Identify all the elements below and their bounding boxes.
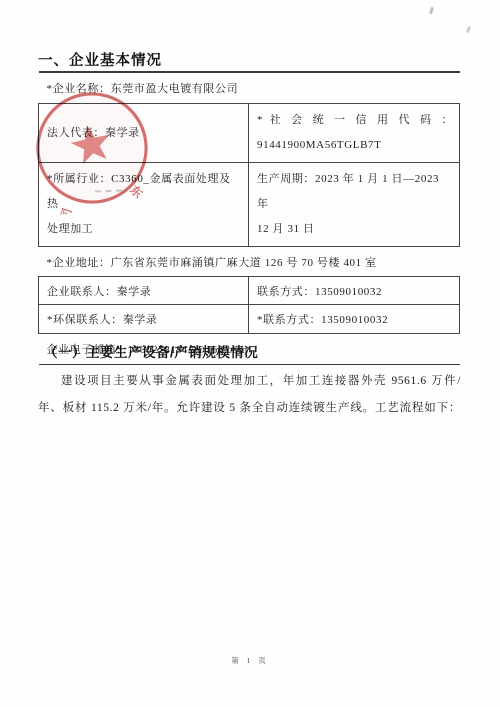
- legal-rep-cell: 法人代表：秦学录: [39, 104, 249, 163]
- table-row-legal-rep-credit-code: 法人代表：秦学录 * 社 会 统 一 信 用 代 码 ： 91441900MA5…: [39, 104, 460, 163]
- scan-artifact-mark: [466, 26, 471, 34]
- section-1-heading: 一、企业基本情况: [38, 49, 460, 70]
- paragraph-line: 年、板材 115.2 万米/年。允许建设 5 条全自动连续镀生产线。工艺流程如下…: [38, 395, 461, 422]
- table-row-address: *企业地址：广东省东莞市麻涌镇广麻大道 126 号 70 号楼 401 室: [39, 247, 460, 277]
- company-info-table: *企业名称：东莞市盈大电镀有限公司 法人代表：秦学录 * 社 会 统 一 信 用…: [38, 71, 460, 365]
- production-period-cell: 生产周期：2023 年 1 月 1 日—2023 年 12 月 31 日: [249, 163, 460, 247]
- credit-code-cell: * 社 会 统 一 信 用 代 码 ： 91441900MA56TGLB7T: [249, 104, 460, 163]
- production-paragraph: 建设项目主要从事金属表面处理加工，年加工连接器外壳 9561.6 万件/ 年、板…: [38, 368, 461, 422]
- page-number: 第 1 页: [0, 655, 500, 666]
- section-2-heading: （一）主要生产设备/产销规模情况: [44, 341, 460, 361]
- env-contact-phone-cell: *联系方式：13509010032: [249, 305, 460, 334]
- table-row-contact: 企业联系人：秦学录 联系方式：13509010032: [39, 277, 460, 305]
- table-row-industry-period: *所属行业：C3360_金属表面处理及热 处理加工 生产周期：2023 年 1 …: [39, 163, 460, 247]
- credit-code-label: * 社 会 统 一 信 用 代 码 ：: [257, 108, 453, 133]
- company-name-cell: *企业名称：东莞市盈大电镀有限公司: [39, 72, 460, 104]
- paragraph-line: 建设项目主要从事金属表面处理加工，年加工连接器外壳 9561.6 万件/: [38, 368, 461, 395]
- env-contact-person-cell: *环保联系人：秦学录: [39, 305, 249, 334]
- contact-phone-cell: 联系方式：13509010032: [249, 277, 460, 305]
- legal-rep-text: 法人代表：秦学录: [47, 121, 242, 146]
- industry-cell: *所属行业：C3360_金属表面处理及热 处理加工: [39, 163, 249, 247]
- industry-text-line2: 处理加工: [47, 217, 242, 242]
- production-period-line1: 生产周期：2023 年 1 月 1 日—2023 年: [257, 167, 453, 217]
- table-row-company-name: *企业名称：东莞市盈大电镀有限公司: [39, 72, 460, 104]
- credit-code-value: 91441900MA56TGLB7T: [257, 133, 453, 158]
- document-page: 一、企业基本情况 *企业名称：东莞市盈大电镀有限公司 法人代表：秦学录 * 社 …: [0, 0, 500, 707]
- company-address-cell: *企业地址：广东省东莞市麻涌镇广麻大道 126 号 70 号楼 401 室: [39, 247, 460, 277]
- scan-artifact-mark: [429, 7, 434, 15]
- contact-person-cell: 企业联系人：秦学录: [39, 277, 249, 305]
- table-row-env-contact: *环保联系人：秦学录 *联系方式：13509010032: [39, 305, 460, 334]
- production-period-line2: 12 月 31 日: [257, 217, 453, 242]
- industry-text-line1: *所属行业：C3360_金属表面处理及热: [47, 167, 242, 217]
